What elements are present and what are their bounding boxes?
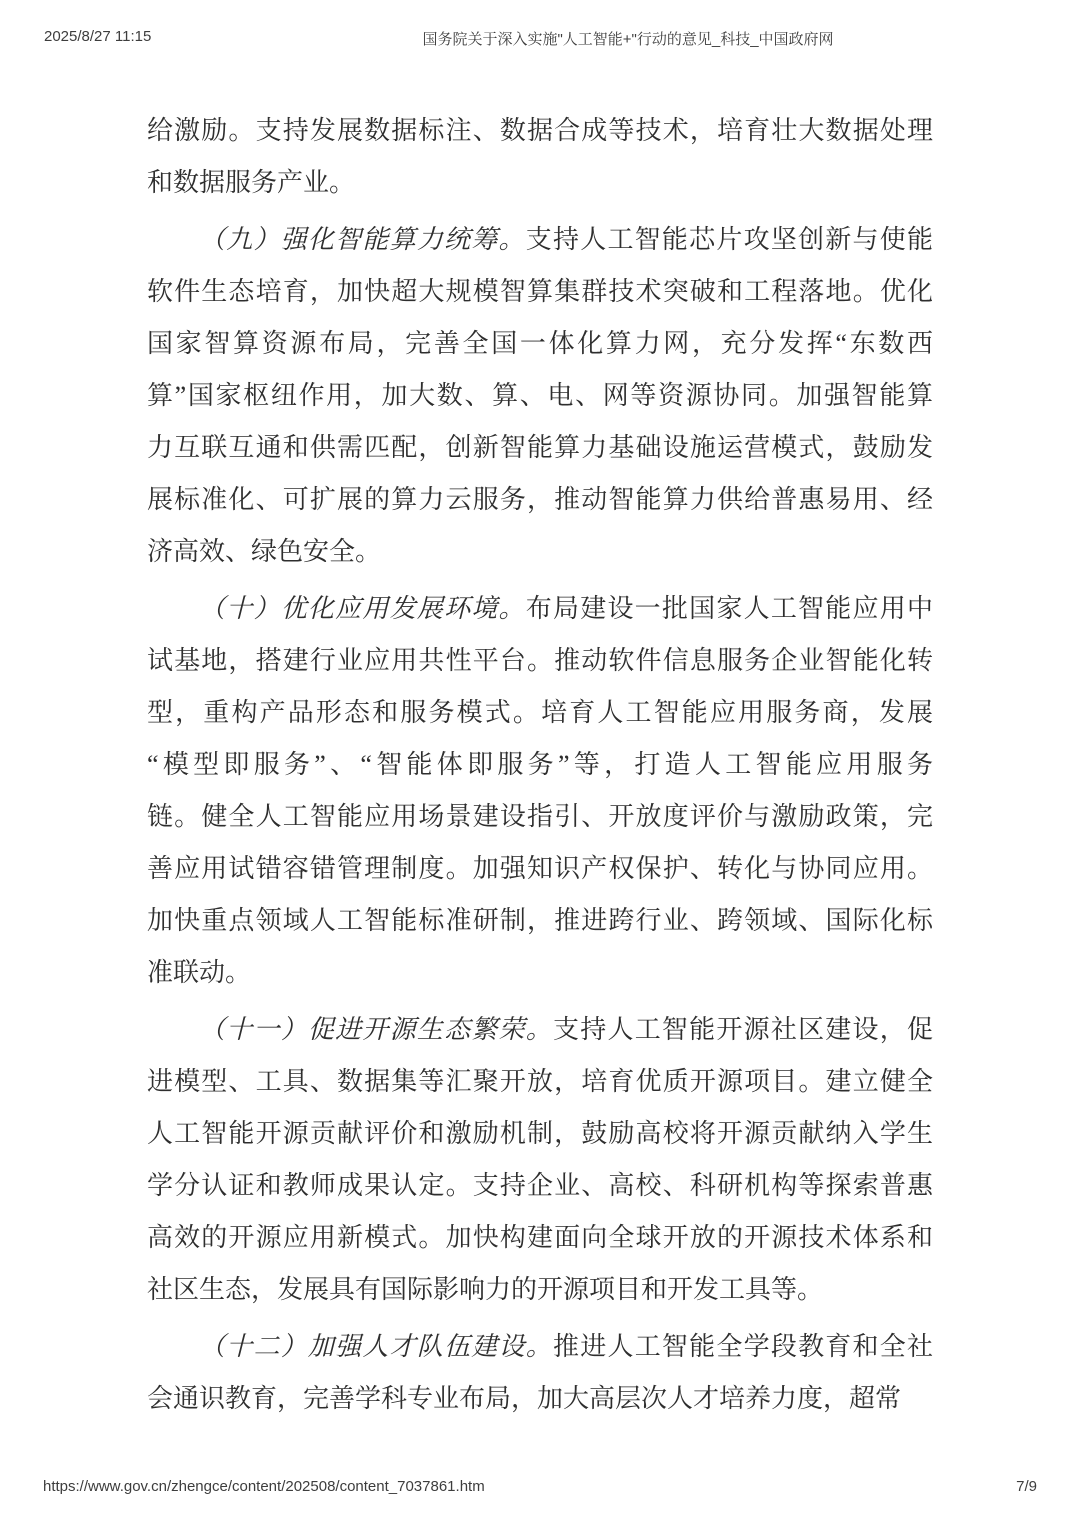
text-line: （十一）促进开源生态繁荣。支持人工智能开源社区建设，促 bbox=[147, 1004, 933, 1056]
paragraph: （九）强化智能算力统筹。支持人工智能芯片攻坚创新与使能软件生态培育，加快超大规模… bbox=[147, 214, 933, 578]
print-datetime: 2025/8/27 11:15 bbox=[44, 28, 151, 45]
text-line: 会通识教育，完善学科专业布局，加大高层次人才培养力度，超常 bbox=[147, 1373, 933, 1425]
text-line: 济高效、绿色安全。 bbox=[147, 526, 933, 578]
text-line: 展标准化、可扩展的算力云服务，推动智能算力供给普惠易用、经 bbox=[147, 474, 933, 526]
document-body: 给激励。支持发展数据标注、数据合成等技术，培育壮大数据处理和数据服务产业。（九）… bbox=[147, 105, 933, 1425]
document-title: 国务院关于深入实施"人工智能+"行动的意见_科技_中国政府网 bbox=[422, 28, 833, 49]
text-line: 和数据服务产业。 bbox=[147, 157, 933, 209]
section-heading: （十二）加强人才队伍建设。 bbox=[199, 1332, 553, 1361]
text-line: 高效的开源应用新模式。加快构建面向全球开放的开源技术体系和 bbox=[147, 1212, 933, 1264]
text-line: 算”国家枢纽作用，加大数、算、电、网等资源协同。加强智能算 bbox=[147, 370, 933, 422]
text-line: “模型即服务”、“智能体即服务”等，打造人工智能应用服务 bbox=[147, 739, 933, 791]
text-line: 学分认证和教师成果认定。支持企业、高校、科研机构等探索普惠 bbox=[147, 1160, 933, 1212]
text-line: 进模型、工具、数据集等汇聚开放，培育优质开源项目。建立健全 bbox=[147, 1056, 933, 1108]
print-header: 2025/8/27 11:15 国务院关于深入实施"人工智能+"行动的意见_科技… bbox=[0, 0, 1080, 60]
paragraph: （十二）加强人才队伍建设。推进人工智能全学段教育和全社会通识教育，完善学科专业布… bbox=[147, 1321, 933, 1425]
source-url: https://www.gov.cn/zhengce/content/20250… bbox=[43, 1478, 485, 1495]
paragraph: （十）优化应用发展环境。布局建设一批国家人工智能应用中试基地，搭建行业应用共性平… bbox=[147, 583, 933, 999]
section-heading: （十）优化应用发展环境。 bbox=[199, 594, 526, 623]
paragraph: （十一）促进开源生态繁荣。支持人工智能开源社区建设，促进模型、工具、数据集等汇聚… bbox=[147, 1004, 933, 1316]
text-line: 力互联互通和供需匹配，创新智能算力基础设施运营模式，鼓励发 bbox=[147, 422, 933, 474]
text-line: 善应用试错容错管理制度。加强知识产权保护、转化与协同应用。 bbox=[147, 843, 933, 895]
text-line: 社区生态，发展具有国际影响力的开源项目和开发工具等。 bbox=[147, 1264, 933, 1316]
text-line: 国家智算资源布局，完善全国一体化算力网，充分发挥“东数西 bbox=[147, 318, 933, 370]
text-line: （十二）加强人才队伍建设。推进人工智能全学段教育和全社 bbox=[147, 1321, 933, 1373]
text-line: （十）优化应用发展环境。布局建设一批国家人工智能应用中 bbox=[147, 583, 933, 635]
print-footer: https://www.gov.cn/zhengce/content/20250… bbox=[0, 1474, 1080, 1504]
text-line: 给激励。支持发展数据标注、数据合成等技术，培育壮大数据处理 bbox=[147, 105, 933, 157]
text-line: （九）强化智能算力统筹。支持人工智能芯片攻坚创新与使能 bbox=[147, 214, 933, 266]
text-line: 加快重点领域人工智能标准研制，推进跨行业、跨领域、国际化标 bbox=[147, 895, 933, 947]
text-line: 试基地，搭建行业应用共性平台。推动软件信息服务企业智能化转 bbox=[147, 635, 933, 687]
section-heading: （十一）促进开源生态繁荣。 bbox=[199, 1015, 553, 1044]
text-line: 链。健全人工智能应用场景建设指引、开放度评价与激励政策，完 bbox=[147, 791, 933, 843]
text-line: 人工智能开源贡献评价和激励机制，鼓励高校将开源贡献纳入学生 bbox=[147, 1108, 933, 1160]
text-line: 型，重构产品形态和服务模式。培育人工智能应用服务商，发展 bbox=[147, 687, 933, 739]
print-page: 2025/8/27 11:15 国务院关于深入实施"人工智能+"行动的意见_科技… bbox=[0, 0, 1080, 1528]
paragraph: 给激励。支持发展数据标注、数据合成等技术，培育壮大数据处理和数据服务产业。 bbox=[147, 105, 933, 209]
text-line: 准联动。 bbox=[147, 947, 933, 999]
text-line: 软件生态培育，加快超大规模智算集群技术突破和工程落地。优化 bbox=[147, 266, 933, 318]
section-heading: （九）强化智能算力统筹。 bbox=[199, 225, 526, 254]
page-number: 7/9 bbox=[1016, 1478, 1037, 1495]
